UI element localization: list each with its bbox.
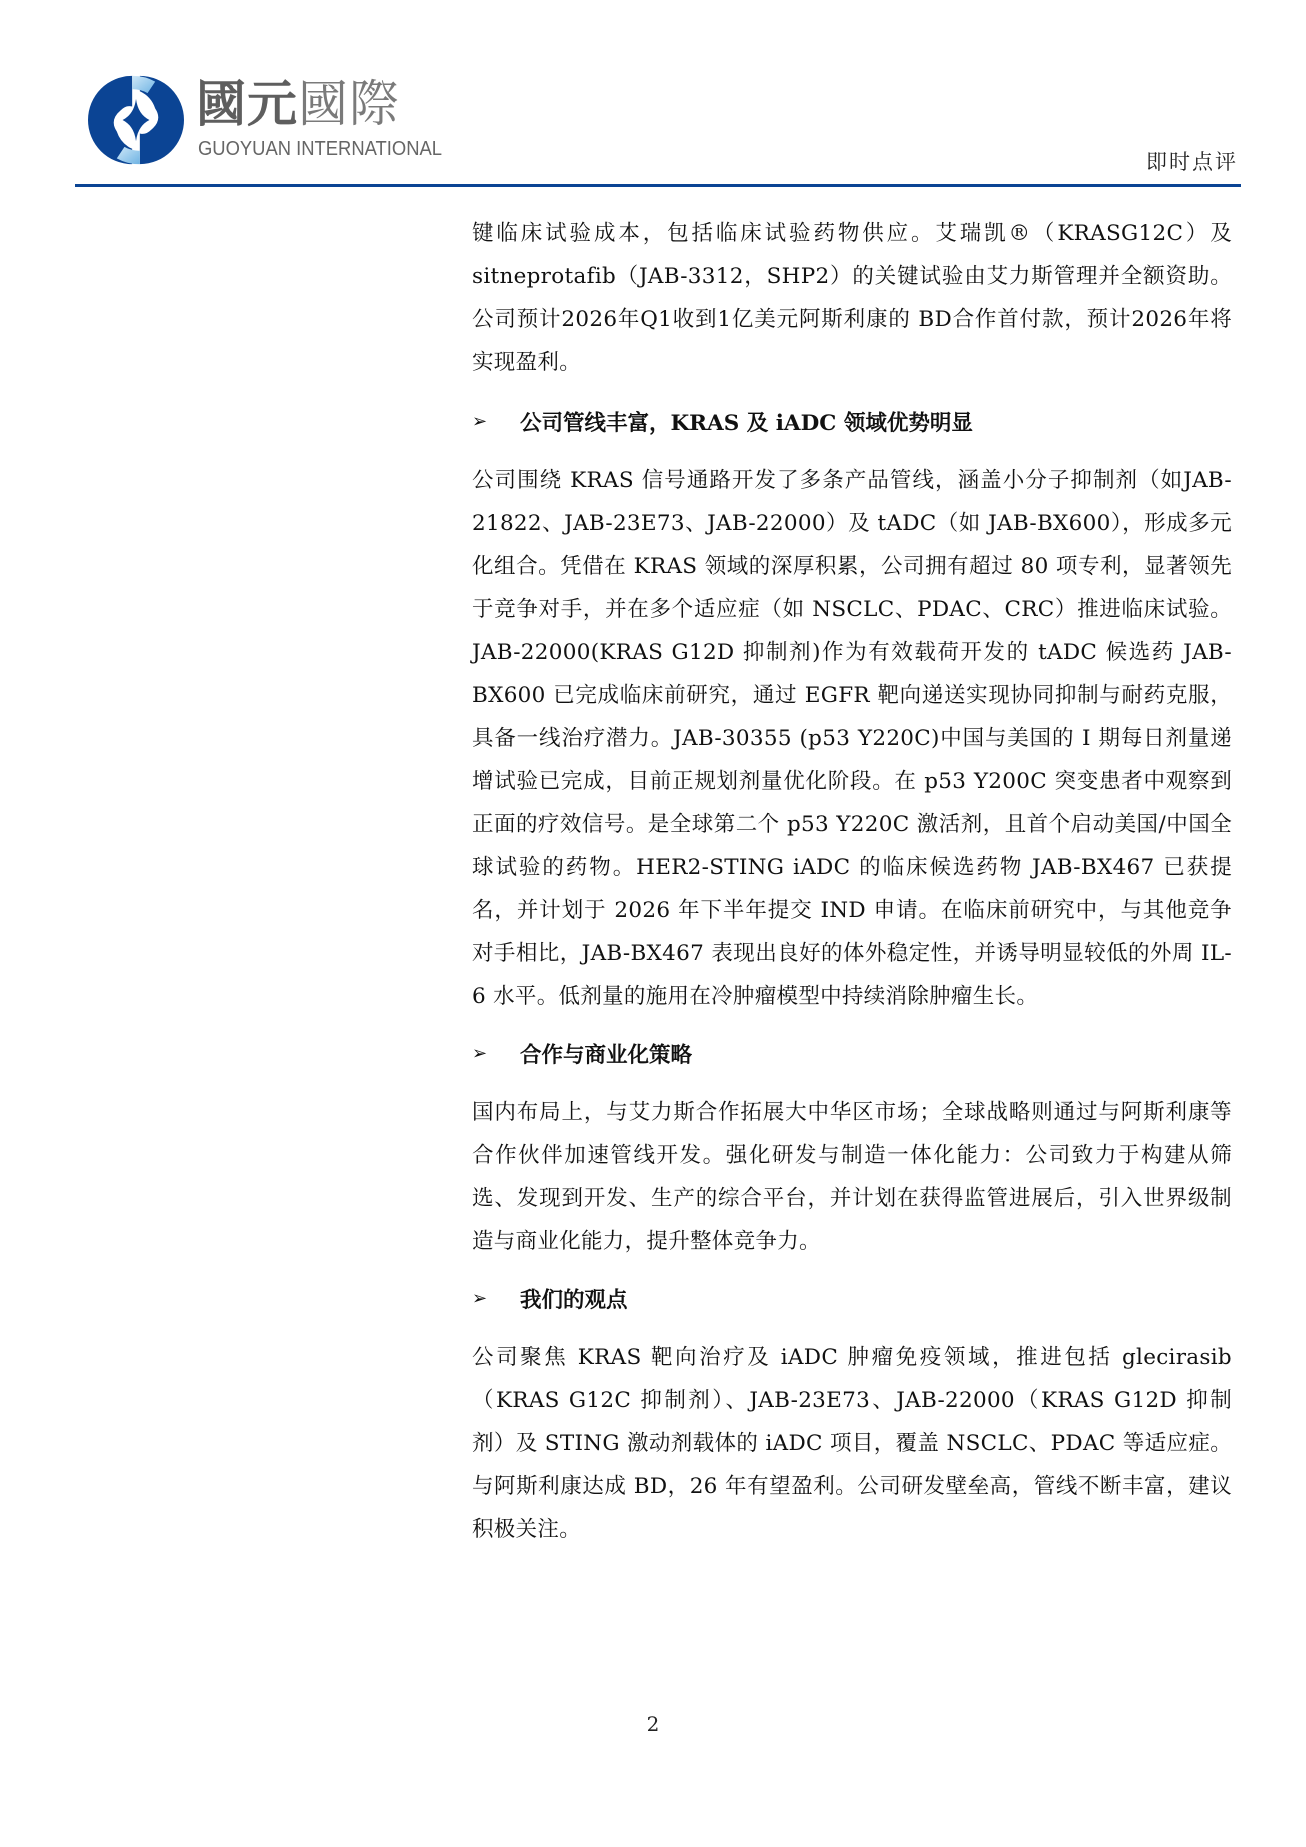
arrowhead-bullet-icon: ➢ [472,1043,492,1064]
header-divider [75,184,1241,187]
page-number: 2 [0,1712,1306,1736]
section-heading-partnership: ➢ 合作与商业化策略 [472,1032,1232,1075]
document-body: 键临床试验成本，包括临床试验药物供应。艾瑞凯®（KRASG12C）及sitnep… [472,212,1232,1551]
section-heading-pipeline: ➢ 公司管线丰富，KRAS 及 iADC 领域优势明显 [472,400,1232,443]
page-header: 國元國際 GUOYUAN INTERNATIONAL 即时点评 [0,0,1306,190]
arrowhead-bullet-icon: ➢ [472,1288,492,1309]
section-paragraph-pipeline: 公司围绕 KRAS 信号通路开发了多条产品管线，涵盖小分子抑制剂（如JAB-21… [472,459,1232,1018]
logo-english-name: GUOYUAN INTERNATIONAL [198,138,442,161]
section-title: 合作与商业化策略 [520,1038,692,1069]
intro-paragraph: 键临床试验成本，包括临床试验药物供应。艾瑞凯®（KRASG12C）及sitnep… [472,212,1232,384]
logo-chinese-name: 國元國際 [196,76,400,132]
arrowhead-bullet-icon: ➢ [472,411,492,432]
document-type-label: 即时点评 [1146,146,1238,176]
section-heading-our-view: ➢ 我们的观点 [472,1277,1232,1320]
section-paragraph-partnership: 国内布局上，与艾力斯合作拓展大中华区市场；全球战略则通过与阿斯利康等合作伙伴加速… [472,1091,1232,1263]
logo-cn-light: 國際 [298,75,400,133]
guoyuan-logo-icon [88,72,184,168]
logo-cn-bold: 國元 [196,75,298,133]
section-title: 我们的观点 [520,1283,628,1314]
section-paragraph-our-view: 公司聚焦 KRAS 靶向治疗及 iADC 肿瘤免疫领域，推进包括 glecira… [472,1336,1232,1551]
section-title: 公司管线丰富，KRAS 及 iADC 领域优势明显 [520,406,973,437]
